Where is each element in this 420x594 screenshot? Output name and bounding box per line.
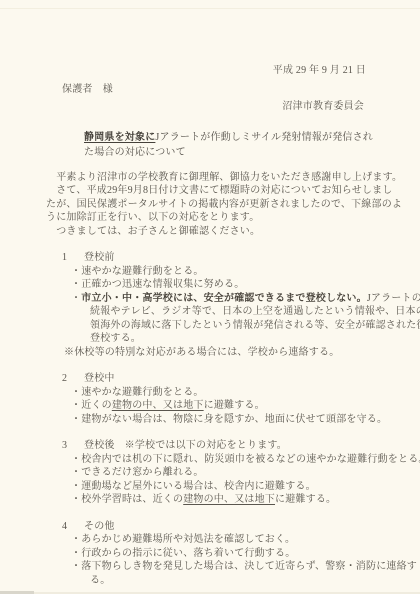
bullet-text: 落下物らしき物を発見した場合は、決して近寄らず、警察・消防に連絡す <box>81 561 417 572</box>
scan-artifact-top <box>0 8 420 9</box>
bullet-item: ・近くの建物の中、又は地下に避難する。 <box>71 399 420 413</box>
bullet-item: ・落下物らしき物を発見した場合は、決して近寄らず、警察・消防に連絡す <box>71 560 420 574</box>
title-underlined-phrase: 静岡県を対象に <box>84 132 155 143</box>
bullet-item: ・あらかじめ避難場所や対処法を確認しておく。 <box>71 533 420 547</box>
bullet-text: できるだけ窓から離れる。 <box>81 467 203 478</box>
bullet-item: ・校舎内では机の下に隠れ、防災頭巾を被るなどの速やかな避難行動をとる。 <box>71 453 420 467</box>
bullet-item: ・市立小・中・高学校には、安全が確認できるまで登校しない。Jアラートの <box>71 292 420 306</box>
bullet-marker: ・ <box>71 494 81 505</box>
note-line: ※休校等の特別な対応がある場合には、学校から連絡する。 <box>64 346 420 360</box>
bullet-continuation: 領海外の海域に落下したという情報が発信される等、安全が確認された後、 <box>90 319 420 333</box>
section-title: 登校前 <box>84 252 115 263</box>
bullet-text: 建物がない場合は、物陰に身を隠すか、地面に伏せて頭部を守る。 <box>81 414 387 425</box>
bullet-text: 速やかな避難行動をとる。 <box>81 266 203 277</box>
bullet-text: 校舎内では机の下に隠れ、防災頭巾を被るなどの速やかな避難行動をとる。 <box>81 454 420 465</box>
section-after-arrival: 3登校後※学校では以下の対応をとります。 ・校舎内では机の下に隠れ、防災頭巾を被… <box>62 439 420 507</box>
bullet-text-underlined: 建物の中、又は地下 <box>112 400 204 411</box>
bullet-text: 近くの <box>81 400 112 411</box>
bullet-marker: ・ <box>71 548 81 559</box>
document-date: 平成 29 年 9 月 21 日 <box>0 64 366 78</box>
document-title: 静岡県を対象にJアラートが作動しミサイル発射情報が発信され た場合の対応について <box>84 130 420 160</box>
recipient: 保護者 様 <box>62 83 420 97</box>
bullet-text: あらかじめ避難場所や対処法を確認しておく。 <box>81 534 295 545</box>
scanned-letter-page: 平成 29 年 9 月 21 日 保護者 様 沼津市教育委員会 静岡県を対象にJ… <box>0 0 420 594</box>
bullet-marker: ・ <box>71 534 81 545</box>
section-heading: 3登校後※学校では以下の対応をとります。 <box>62 439 420 453</box>
bullet-marker: ・ <box>71 467 81 478</box>
bullet-marker: ・ <box>71 266 81 277</box>
bullet-marker: ・ <box>71 387 81 398</box>
bullet-marker: ・ <box>71 400 81 411</box>
bullet-marker: ・ <box>71 561 81 572</box>
bullet-text-underlined: 建物の中、又は地下 <box>183 494 275 505</box>
section-heading: 4その他 <box>62 520 420 534</box>
bullet-text: 校外学習時は、近くの <box>81 494 183 505</box>
section-number: 4 <box>62 520 84 534</box>
sender-organization: 沼津市教育委員会 <box>0 100 364 114</box>
bullet-marker: ・ <box>71 279 81 290</box>
bullet-continuation: る。 <box>90 574 420 588</box>
bullet-marker: ・ <box>71 481 81 492</box>
bullet-item: ・正確かつ迅速な情報収集に努める。 <box>71 278 420 292</box>
bullet-text: 行政からの指示に従い、落ち着いて行動する。 <box>81 548 295 559</box>
bullet-text: Jアラートの <box>367 293 420 304</box>
section-number: 3 <box>62 439 84 453</box>
intro-line: 平素より沼津市の学校教育に御理解、御協力をいただき感謝申し上げます。 <box>46 171 420 185</box>
section-heading-note: ※学校では以下の対応をとります。 <box>125 440 287 451</box>
bullet-item: ・速やかな避難行動をとる。 <box>71 265 420 279</box>
bullet-text: 正確かつ迅速な情報収集に努める。 <box>81 279 244 290</box>
section-before-school: 1登校前 ・速やかな避難行動をとる。 ・正確かつ迅速な情報収集に努める。 ・市立… <box>62 251 420 359</box>
section-number: 1 <box>62 251 84 265</box>
bullet-marker: ・ <box>71 293 81 304</box>
intro-line: さて、平成29年9月8日付け文書にて標題時の対応についてお知らせしまし <box>46 184 420 198</box>
intro-line: つきましては、お子さんと御確認ください。 <box>46 225 420 239</box>
section-on-way-to-school: 2登校中 ・速やかな避難行動をとる。 ・近くの建物の中、又は地下に避難する。 ・… <box>62 372 420 426</box>
bullet-continuation: 登校する。 <box>90 332 420 346</box>
bullet-text: 運動場など屋外にいる場合は、校舎内に避難する。 <box>81 481 316 492</box>
intro-paragraph: 平素より沼津市の学校教育に御理解、御協力をいただき感謝申し上げます。 さて、平成… <box>46 171 420 239</box>
intro-line: うに加除訂正を行い、以下の対応をとります。 <box>46 211 420 225</box>
title-line-1: 静岡県を対象にJアラートが作動しミサイル発射情報が発信され <box>84 130 420 145</box>
bullet-item: ・校外学習時は、近くの建物の中、又は地下に避難する。 <box>71 493 420 507</box>
section-heading: 1登校前 <box>62 251 420 265</box>
bullet-item: ・建物がない場合は、物陰に身を隠すか、地面に伏せて頭部を守る。 <box>71 413 420 427</box>
bullet-item: ・できるだけ窓から離れる。 <box>71 466 420 480</box>
section-heading: 2登校中 <box>62 372 420 386</box>
title-rest: Jアラートが作動しミサイル発射情報が発信され <box>155 132 373 143</box>
bullet-continuation: 続報やテレビ、ラジオ等で、日本の上空を通過したという情報や、日本の <box>90 305 420 319</box>
section-other: 4その他 ・あらかじめ避難場所や対処法を確認しておく。 ・行政からの指示に従い、… <box>62 520 420 588</box>
section-number: 2 <box>62 372 84 386</box>
bullet-text: に避難する。 <box>204 400 265 411</box>
intro-line: たが、国民保護ポータルサイトの掲載内容が更新されましたので、下線部のよ <box>46 198 420 212</box>
bullet-marker: ・ <box>71 454 81 465</box>
bullet-item: ・速やかな避難行動をとる。 <box>71 386 420 400</box>
section-title: 登校後 <box>84 440 115 451</box>
bullet-item: ・行政からの指示に従い、落ち着いて行動する。 <box>71 547 420 561</box>
section-title: その他 <box>84 521 115 532</box>
bullet-text: 速やかな避難行動をとる。 <box>81 387 203 398</box>
section-title: 登校中 <box>84 373 115 384</box>
bullet-text: に避難する。 <box>275 494 336 505</box>
bullet-item: ・運動場など屋外にいる場合は、校舎内に避難する。 <box>71 480 420 494</box>
bullet-text-bold: 市立小・中・高学校には、安全が確認できるまで登校しない。 <box>81 293 367 304</box>
bullet-marker: ・ <box>71 414 81 425</box>
title-line-2: た場合の対応について <box>84 145 420 160</box>
